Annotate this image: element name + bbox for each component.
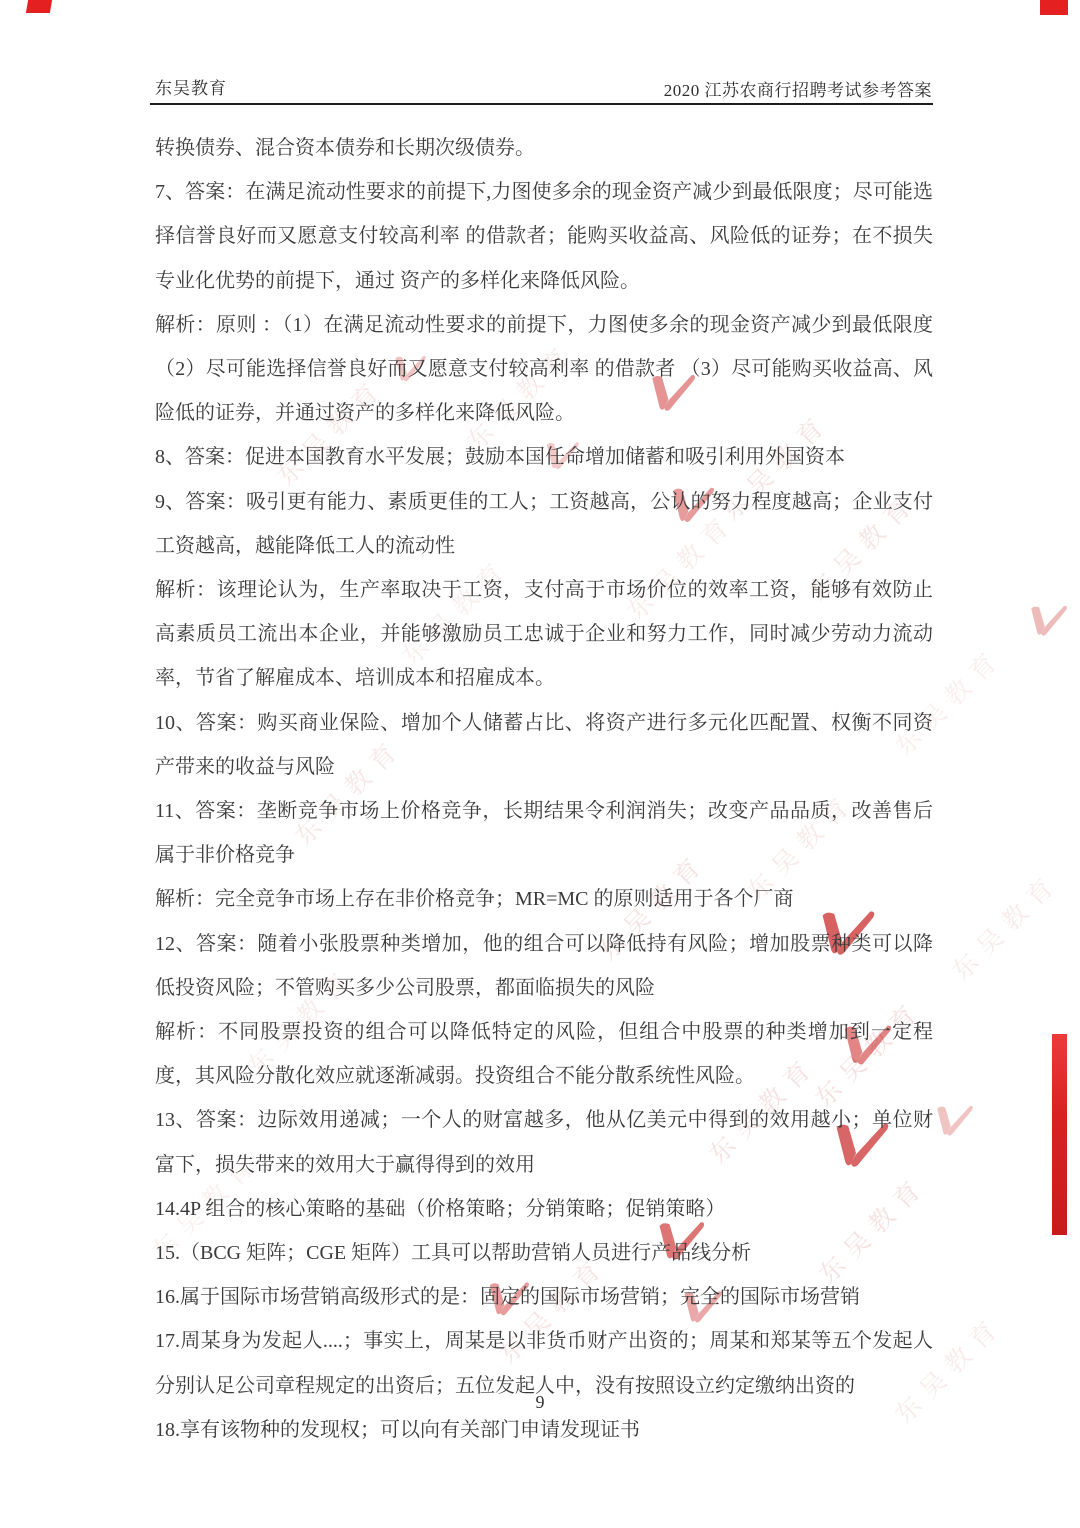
answer-15: 15.（BCG 矩阵；CGE 矩阵）工具可以帮助营销人员进行产品线分析 xyxy=(155,1231,933,1275)
red-corner-mark-right xyxy=(1040,0,1068,15)
answer-13: 13、答案：边际效用递减；一个人的财富越多，他从亿美元中得到的效用越小；单位财富… xyxy=(155,1098,933,1186)
answer-7: 7、答案：在满足流动性要求的前提下,力图使多余的现金资产减少到最低限度；尽可能选… xyxy=(155,170,933,303)
answer-9: 9、答案：吸引更有能力、素质更佳的工人；工资越高，公认的努力程度越高；企业支付工… xyxy=(155,480,933,568)
answer-10: 10、答案：购买商业保险、增加个人储蓄占比、将资产进行多元化匹配置、权衡不同资产… xyxy=(155,701,933,789)
dongwu-v-check-logo-icon xyxy=(928,1096,975,1143)
analysis-12: 解析：不同股票投资的组合可以降低特定的风险，但组合中股票的种类增加到一定程度，其… xyxy=(155,1010,933,1098)
answer-14: 14.4P 组合的核心策略的基础（价格策略；分销策略；促销策略） xyxy=(155,1187,933,1231)
answer-11: 11、答案：垄断竞争市场上价格竞争，长期结果令利润消失；改变产品品质，改善售后属… xyxy=(155,789,933,877)
answers-body: 转换债券、混合资本债券和长期次级债券。 7、答案：在满足流动性要求的前提下,力图… xyxy=(155,126,933,1452)
answer-8: 8、答案：促进本国教育水平发展；鼓励本国任命增加储蓄和吸引利用外国资本 xyxy=(155,435,933,479)
answer-18: 18.享有该物种的发现权；可以向有关部门申请发现证书 xyxy=(155,1408,933,1452)
document-page: 东吴教育东吴教育东吴教育东吴教育东吴教育东吴教育东吴教育东吴教育东吴教育东吴教育… xyxy=(0,0,1080,1528)
analysis-9: 解析：该理论认为，生产率取决于工资，支付高于市场价位的效率工资，能够有效防止高素… xyxy=(155,568,933,701)
watermark-text: 东吴教育 xyxy=(943,863,1067,987)
analysis-7: 解析：原则 ：（1）在满足流动性要求的前提下，力图使多余的现金资产减少到最低限度… xyxy=(155,303,933,436)
paragraph-continuation: 转换债券、混合资本债券和长期次级债券。 xyxy=(155,126,933,170)
analysis-11: 解析：完全竞争市场上存在非价格竞争；MR=MC 的原则适用于各个厂商 xyxy=(155,877,933,921)
answer-12: 12、答案：随着小张股票种类增加，他的组合可以降低持有风险；增加股票种类可以降低… xyxy=(155,922,933,1010)
answer-16: 16.属于国际市场营销高级形式的是：固定的国际市场营销；完全的国际市场营销 xyxy=(155,1275,933,1319)
dongwu-v-check-logo-icon xyxy=(1022,596,1069,643)
header-rule xyxy=(150,103,933,105)
header-doc-title: 2020 江苏农商行招聘考试参考答案 xyxy=(664,76,932,101)
red-corner-mark-left xyxy=(26,0,52,13)
page-number: 9 xyxy=(0,1392,1080,1413)
header-brand: 东吴教育 xyxy=(155,74,227,99)
red-edge-bar xyxy=(1052,1034,1067,1235)
